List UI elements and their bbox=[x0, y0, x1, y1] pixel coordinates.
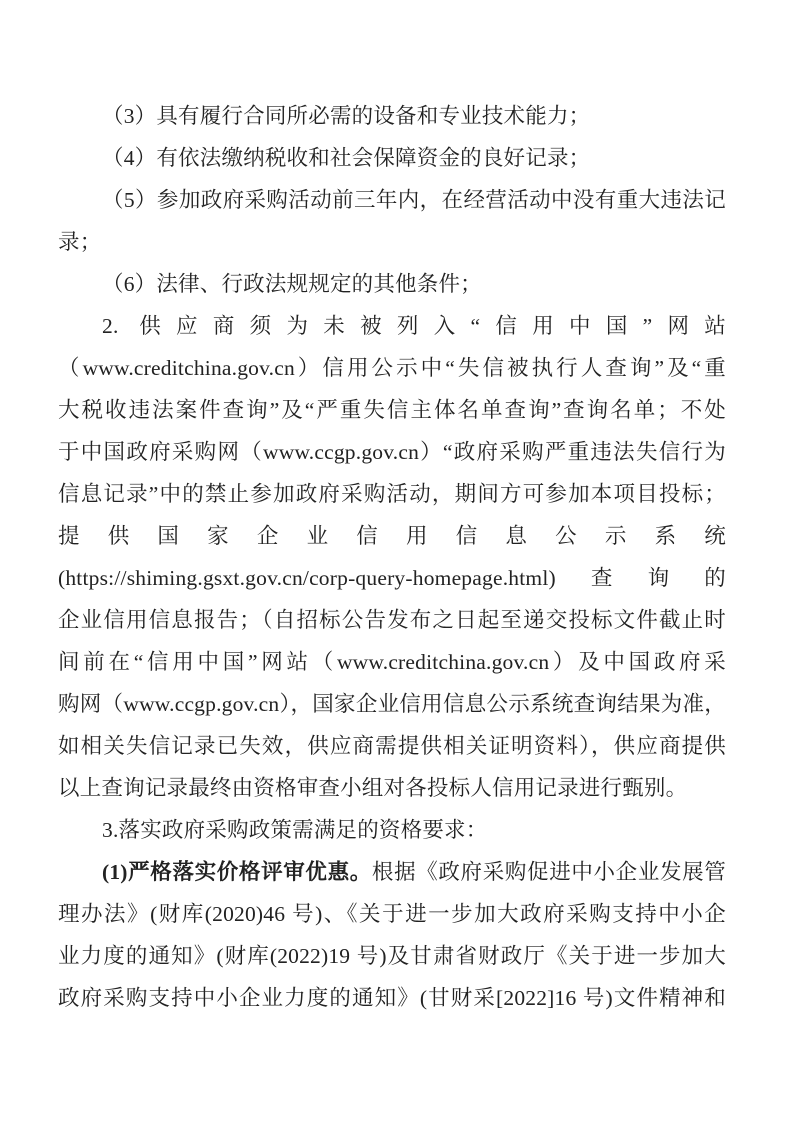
text-line: （4）有依法缴纳税收和社会保障资金的良好记录； bbox=[58, 137, 726, 179]
text-block: （3）具有履行合同所必需的设备和专业技术能力；（4）有依法缴纳税收和社会保障资金… bbox=[58, 95, 726, 1019]
text-line: 企业信用信息报告；（自招标公告发布之日起至递交投标文件截止时 bbox=[58, 599, 726, 641]
text-run: 录； bbox=[58, 230, 101, 254]
text-line: 购网（www.ccgp.gov.cn），国家企业信用信息公示系统查询结果为准， bbox=[58, 683, 726, 725]
text-run: （3）具有履行合同所必需的设备和专业技术能力； bbox=[102, 104, 590, 128]
text-line: (https://shiming.gsxt.gov.cn/corp-query-… bbox=[58, 557, 726, 599]
text-run: 间前在“信用中国”网站（www.creditchina.gov.cn）及中国政府… bbox=[58, 650, 726, 674]
text-run: （4）有依法缴纳税收和社会保障资金的良好记录； bbox=[102, 146, 590, 170]
text-run: 于中国政府采购网（www.ccgp.gov.cn）“政府采购严重违法失信行为 bbox=[58, 440, 726, 464]
text-line: 以上查询记录最终由资格审查小组对各投标人信用记录进行甄别。 bbox=[58, 767, 726, 809]
text-run: （5）参加政府采购活动前三年内，在经营活动中没有重大违法记 bbox=[102, 188, 726, 212]
text-line: 大税收违法案件查询”及“严重失信主体名单查询”查询名单；不处 bbox=[58, 389, 726, 431]
text-line: 于中国政府采购网（www.ccgp.gov.cn）“政府采购严重违法失信行为 bbox=[58, 431, 726, 473]
text-run: (https://shiming.gsxt.gov.cn/corp-query-… bbox=[58, 566, 726, 590]
document-page: （3）具有履行合同所必需的设备和专业技术能力；（4）有依法缴纳税收和社会保障资金… bbox=[0, 0, 793, 1122]
text-line: 政府采购支持中小企业力度的通知》(甘财采[2022]16 号)文件精神和 bbox=[58, 977, 726, 1019]
text-line: 3.落实政府采购政策需满足的资格要求： bbox=[58, 809, 726, 851]
text-run: （www.creditchina.gov.cn）信用公示中“失信被执行人查询”及… bbox=[58, 356, 726, 380]
text-run: （6）法律、行政法规规定的其他条件； bbox=[102, 272, 482, 296]
text-run: 如相关失信记录已失效，供应商需提供相关证明资料），供应商提供 bbox=[58, 734, 726, 758]
text-line: （www.creditchina.gov.cn）信用公示中“失信被执行人查询”及… bbox=[58, 347, 726, 389]
text-line: 录； bbox=[58, 221, 726, 263]
text-run: 理办法》(财库(2020)46 号)、《关于进一步加大政府采购支持中小企 bbox=[58, 902, 726, 926]
text-line: (1)严格落实价格评审优惠。根据《政府采购促进中小企业发展管 bbox=[58, 851, 726, 893]
text-run: 以上查询记录最终由资格审查小组对各投标人信用记录进行甄别。 bbox=[58, 776, 687, 800]
text-run: 政府采购支持中小企业力度的通知》(甘财采[2022]16 号)文件精神和 bbox=[58, 986, 726, 1010]
text-run: 根据《政府采购促进中小企业发展管 bbox=[372, 860, 726, 884]
text-run: 信息记录”中的禁止参加政府采购活动，期间方可参加本项目投标； bbox=[58, 482, 726, 506]
text-line: （6）法律、行政法规规定的其他条件； bbox=[58, 263, 726, 305]
text-run: 3.落实政府采购政策需满足的资格要求： bbox=[102, 818, 487, 842]
text-run: 提供国家企业信用信息公示系统 bbox=[58, 524, 726, 548]
text-line: （5）参加政府采购活动前三年内，在经营活动中没有重大违法记 bbox=[58, 179, 726, 221]
text-run: 大税收违法案件查询”及“严重失信主体名单查询”查询名单；不处 bbox=[58, 398, 726, 422]
text-run: 购网（www.ccgp.gov.cn），国家企业信用信息公示系统查询结果为准， bbox=[58, 692, 726, 716]
text-line: 间前在“信用中国”网站（www.creditchina.gov.cn）及中国政府… bbox=[58, 641, 726, 683]
text-run: 企业信用信息报告；（自招标公告发布之日起至递交投标文件截止时 bbox=[58, 608, 726, 632]
text-line: 如相关失信记录已失效，供应商需提供相关证明资料），供应商提供 bbox=[58, 725, 726, 767]
text-line: 2. 供应商须为未被列入“信用中国”网站 bbox=[58, 305, 726, 347]
text-line: （3）具有履行合同所必需的设备和专业技术能力； bbox=[58, 95, 726, 137]
text-run: 业力度的通知》(财库(2022)19 号)及甘肃省财政厅《关于进一步加大 bbox=[58, 944, 726, 968]
bold-text-run: (1)严格落实价格评审优惠。 bbox=[102, 860, 372, 884]
text-line: 业力度的通知》(财库(2022)19 号)及甘肃省财政厅《关于进一步加大 bbox=[58, 935, 726, 977]
text-run: 2. 供应商须为未被列入“信用中国”网站 bbox=[102, 314, 726, 338]
text-line: 理办法》(财库(2020)46 号)、《关于进一步加大政府采购支持中小企 bbox=[58, 893, 726, 935]
text-line: 信息记录”中的禁止参加政府采购活动，期间方可参加本项目投标； bbox=[58, 473, 726, 515]
text-line: 提供国家企业信用信息公示系统 bbox=[58, 515, 726, 557]
